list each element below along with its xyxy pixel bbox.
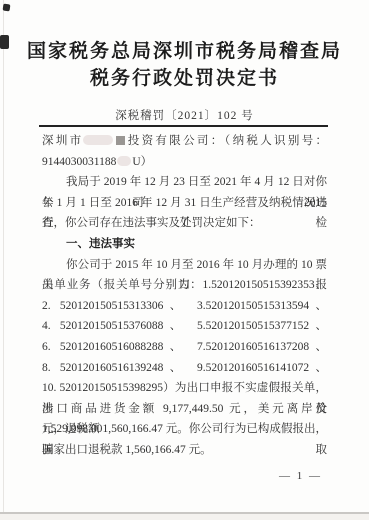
recipient-name-suffix: 投资有限公司：（纳税人识别号： [125, 135, 327, 147]
document-title: 国家税务总局深圳市税务局稽查局 税务行政处罚决定书 [0, 38, 369, 92]
scanned-document-page: 国家税务总局深圳市税务局稽查局 税务行政处罚决定书 深税稽罚〔2021〕102 … [0, 0, 369, 520]
document-title-line2: 税务行政处罚决定书 [0, 65, 369, 92]
paragraph2-line5: 6. 520120160516088288、 7.520120160516137… [42, 337, 327, 358]
paragraph2-line7: 10. 520120150515398295）为出口申报不实虚假报关单，涉及 [42, 378, 327, 399]
recipient-name-prefix: 深圳市 [42, 135, 83, 147]
taxid-suffix: U） [132, 156, 152, 168]
section-heading-facts: 一、违法事实 [42, 234, 327, 255]
taxid-line: 9144030031188U） [42, 152, 327, 173]
document-title-line1: 国家税务总局深圳市税务局稽查局 [0, 38, 369, 65]
paragraph2-line8: 出口商品进货金额 9,177,449.50 元，美元离岸价 1,529,098.… [42, 399, 327, 420]
paragraph2-line2: 关单业务（报关单号分别为：1.520120150515392353、 [42, 275, 327, 296]
paragraph2-line1: 你公司于 2015 年 10 月至 2016 年 10 月办理的 10 票出口报 [42, 255, 327, 276]
paragraph2-line4: 4. 520120150515376088、 5.520120150515377… [42, 316, 327, 337]
paragraph1-line1: 我局于 2019 年 12 月 23 日至 2021 年 4 月 12 日对你公… [42, 172, 327, 193]
taxid-prefix: 9144030031188 [42, 156, 116, 168]
scan-smudge-top-icon [3, 4, 11, 12]
paragraph1-line2: 年 1 月 1 日至 2016 年 12 月 31 日生产经营及纳税情况进行了检 [42, 193, 327, 214]
page-number: — 1 — [279, 470, 322, 482]
document-number: 深税稽罚〔2021〕102 号 [0, 109, 369, 123]
paragraph2-line9: 元，退税额 1,560,166.47 元。你公司行为已构成假报出，骗取 [42, 419, 327, 440]
recipient-line: 深圳市投资有限公司：（纳税人识别号： [42, 131, 327, 152]
paragraph2-line3: 2. 520120150515313306、 3.520120150515313… [42, 296, 327, 317]
redaction-company-name [83, 135, 113, 145]
paragraph2-line6: 8. 520120160516139248、 9.520120160516141… [42, 358, 327, 379]
header-divider [39, 125, 328, 127]
redaction-taxid [117, 156, 131, 166]
document-body: 深圳市投资有限公司：（纳税人识别号： 9144030031188U） 我局于 2… [42, 131, 327, 461]
page-bottom-margin [0, 514, 369, 520]
